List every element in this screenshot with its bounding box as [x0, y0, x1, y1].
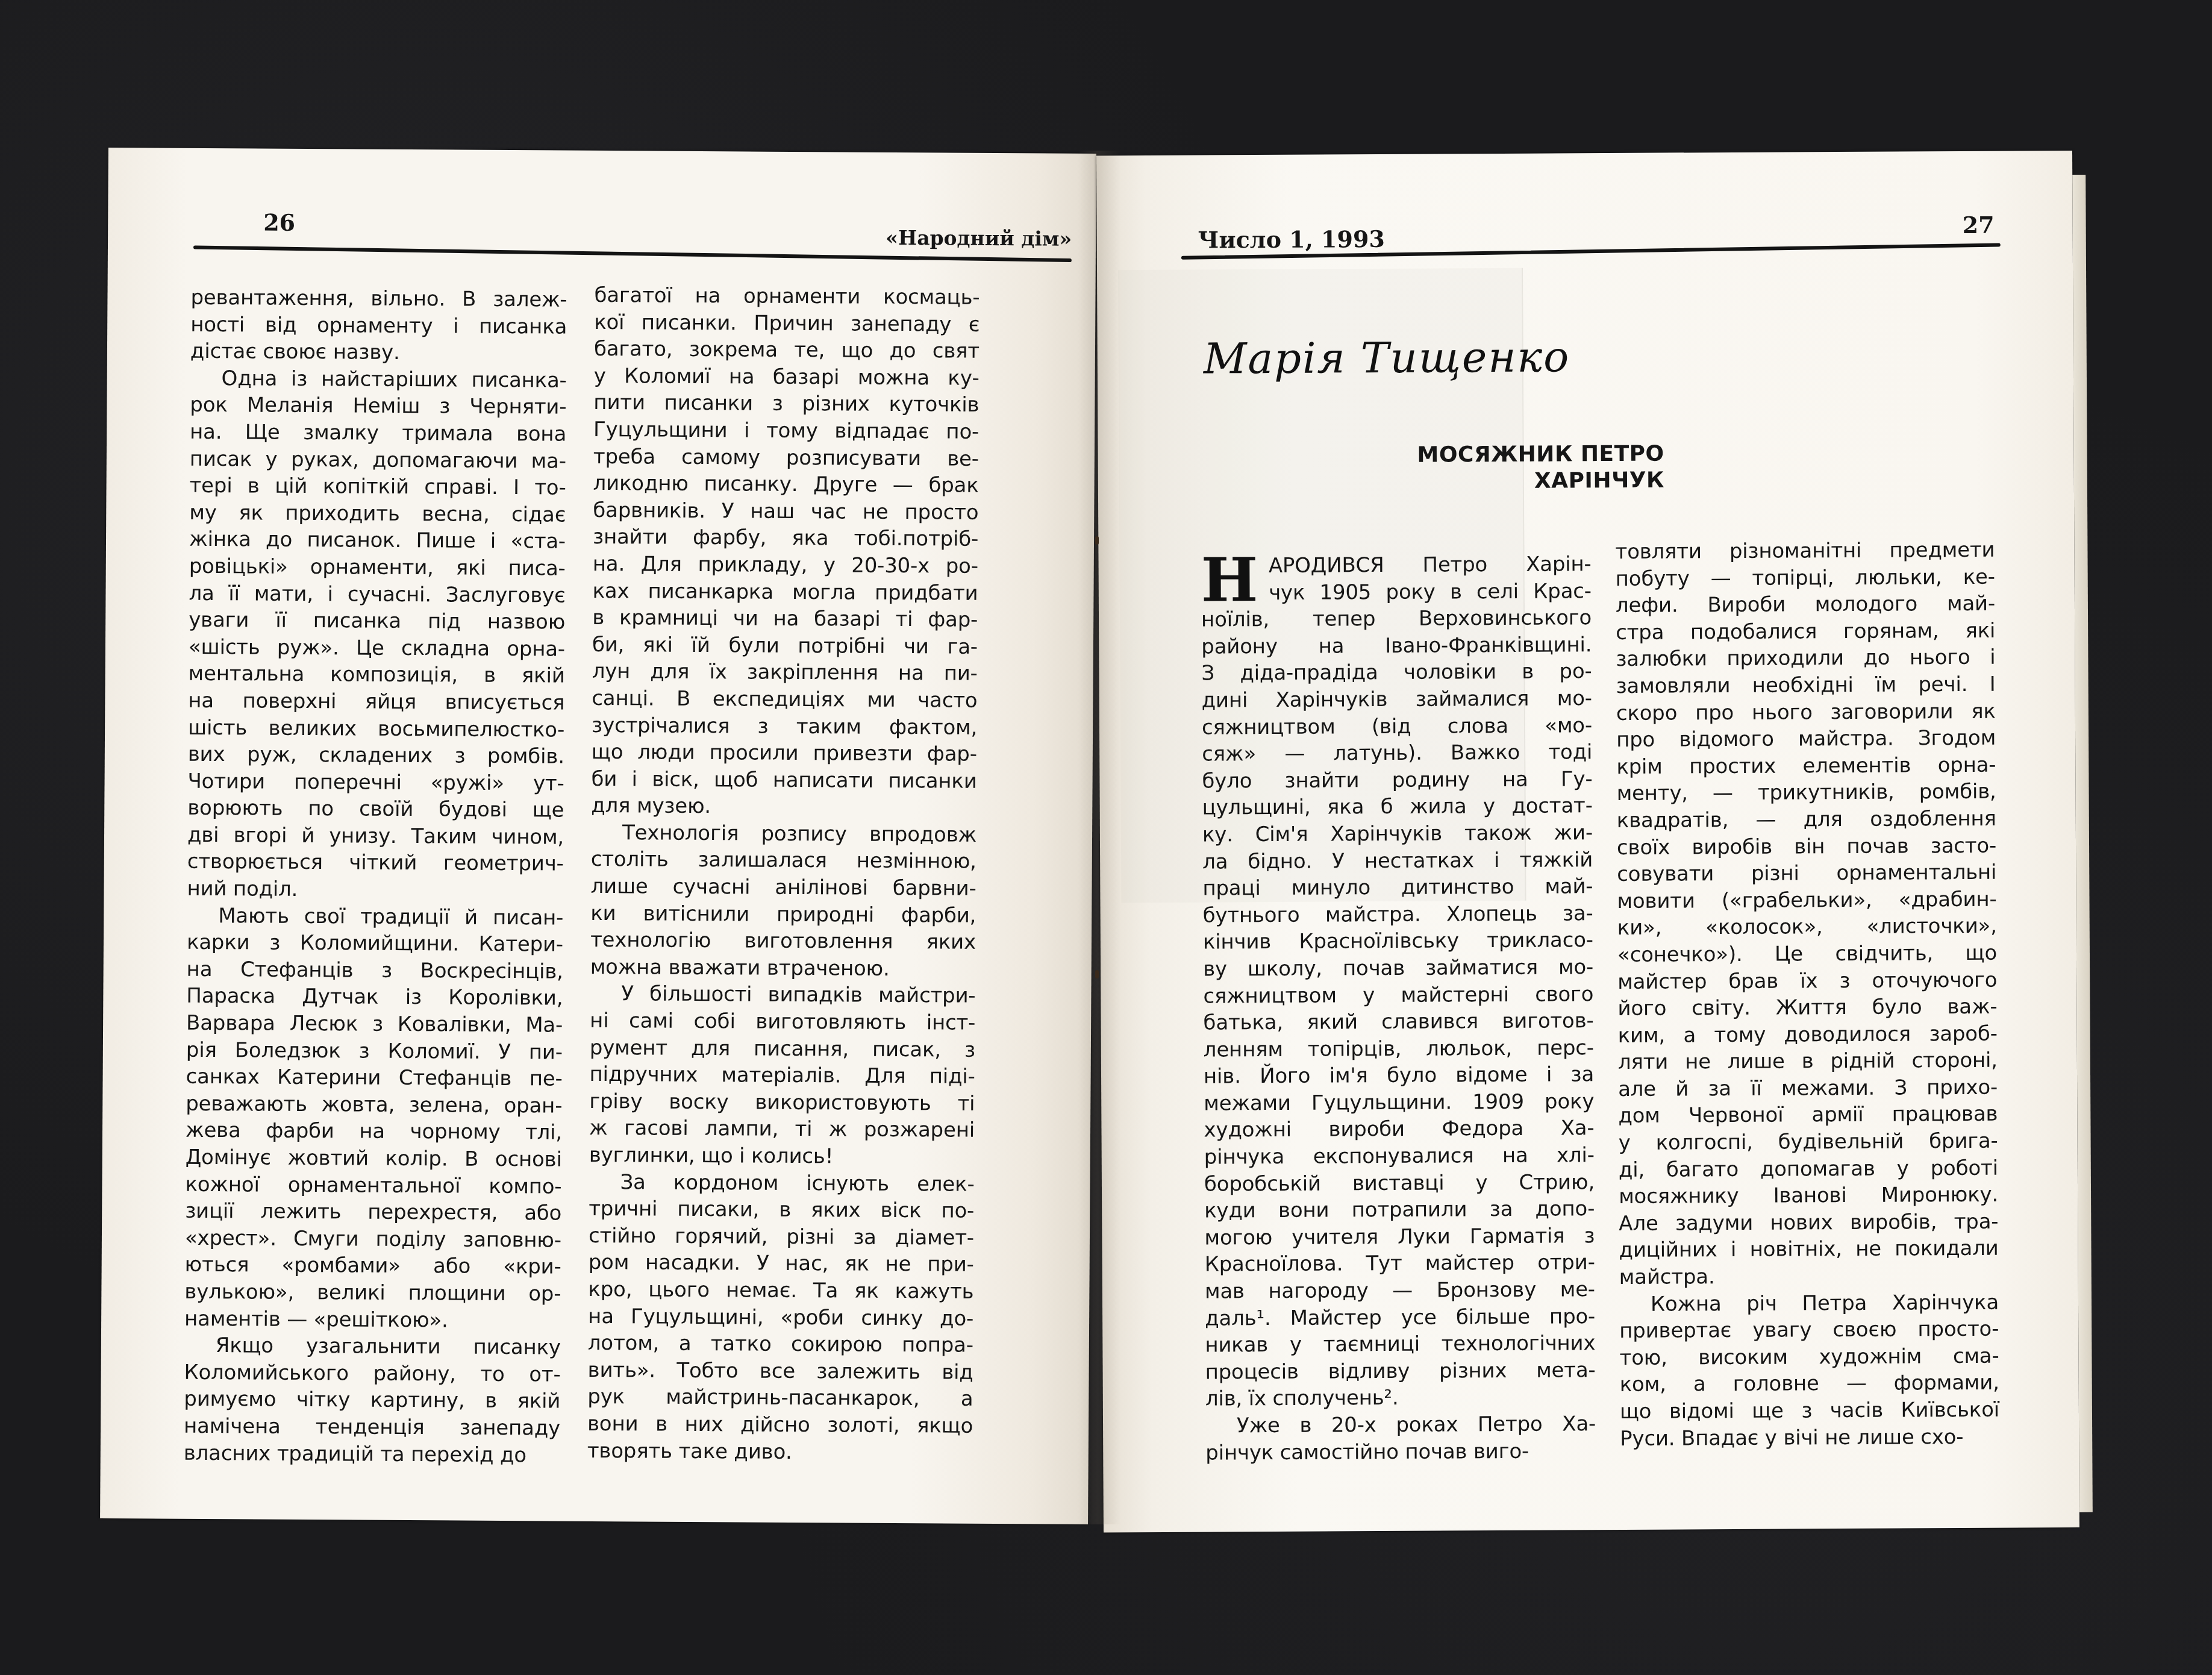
- text-line: вить». Тобто все залежить від: [587, 1357, 973, 1386]
- text-line: привертає увагу своєю просто-: [1619, 1316, 1999, 1345]
- text-line: у Коломиї на базарі можна ку-: [594, 363, 979, 392]
- text-line: ються «ромбами» або «кри-: [185, 1251, 561, 1280]
- text-line: шість великих восьмипелюстко-: [188, 714, 564, 743]
- left-page-column-1: ревантаження, вільно. В залеж-ності від …: [184, 284, 567, 1469]
- text-line: намічена тенденція занепаду: [184, 1413, 560, 1442]
- text-line: скоро про нього заговорили як: [1616, 698, 1996, 727]
- text-line: району на Івано-Франківщині.: [1201, 631, 1592, 660]
- text-line: але й за її межами. З прихо-: [1618, 1074, 1998, 1103]
- article-title-line-1: МОСЯЖНИК ПЕТРО: [1411, 441, 1664, 469]
- journal-name: «Народний дім»: [886, 226, 1072, 251]
- text-line: дині Харінчуків займалися мо-: [1202, 685, 1592, 714]
- text-line: Гуцульщини і тому відпадає по-: [593, 416, 979, 446]
- text-line: АРОДИВСЯ Петро Харін-: [1201, 551, 1591, 580]
- open-magazine-spread: 26 «Народний дім» ревантаження, вільно. …: [0, 0, 2212, 1675]
- text-line: ровіцькі» орнаменти, які писа-: [189, 553, 566, 582]
- text-line: боробській виставці у Стрию,: [1204, 1169, 1595, 1198]
- text-line: на поверхні яйця вписується: [188, 687, 564, 716]
- text-line: Красноїлова. Тут майстер отри-: [1205, 1250, 1595, 1279]
- text-line: товляти різноманітні предмети: [1615, 537, 1995, 566]
- text-line: ким, а тому доводилося зароб-: [1618, 1020, 1998, 1049]
- text-line: нів. Його ім'я було відоме і за: [1204, 1061, 1594, 1090]
- text-line: своїх виробів він почав засто-: [1617, 832, 1996, 861]
- text-line: праці минуло дитинство май-: [1202, 873, 1593, 902]
- author-name: Марія Тищенко: [1204, 332, 1570, 383]
- text-line: для музею.: [591, 792, 976, 822]
- text-line: знайти фарбу, яка тобі.потріб-: [593, 524, 978, 553]
- text-line: ворюють по своїй будові ще: [187, 795, 564, 824]
- text-line: в крамниці чи на базарі ті фар-: [592, 604, 978, 634]
- drop-cap: Н: [1201, 555, 1258, 604]
- text-line: тричні писаки, в яких віск по-: [589, 1195, 974, 1225]
- text-line: у колгоспі, будівельній брига-: [1618, 1128, 1998, 1157]
- text-line: було знайти родину на Гу-: [1202, 766, 1592, 795]
- text-line: лише сучасні анілінові барвни-: [590, 873, 976, 903]
- text-line: вулькою», великі площини ор-: [184, 1279, 561, 1307]
- text-line: Руси. Впадає у вічі не лише схо-: [1620, 1423, 1999, 1452]
- text-line: санці. В експедиціях ми часто: [592, 685, 977, 715]
- text-line: дом Червоної армії працював: [1618, 1101, 1998, 1130]
- text-line: вуглинки, що і колись!: [589, 1142, 975, 1171]
- text-line: ментальна композиція, в якій: [189, 660, 565, 689]
- text-line: ки витіснили природні фарби,: [590, 900, 976, 930]
- text-line: ку. Сім'я Харінчуків також жи-: [1202, 819, 1593, 848]
- text-line: ний поділ.: [187, 875, 563, 904]
- text-line: кро, цього немає. Та як кажуть: [588, 1276, 973, 1306]
- text-line: тою, високим художнім сма-: [1619, 1342, 1999, 1371]
- page-number-left: 26: [263, 209, 295, 236]
- text-line: можна вважати втраченою.: [590, 954, 976, 983]
- text-line: жінка до писанок. Пише і «ста-: [189, 526, 566, 555]
- text-line: тері в цій копіткій справі. І то-: [189, 472, 566, 501]
- text-line: кожної орнаментальної компо-: [185, 1171, 561, 1200]
- text-line: рінчука експонувалися на хлі-: [1204, 1142, 1595, 1171]
- text-line: дві вгорі й унизу. Таким чином,: [187, 822, 564, 851]
- text-line: власних традицій та перехід до: [184, 1439, 560, 1468]
- right-page-column-1: Н АРОДИВСЯ Петро Харін- чук 1905 року в …: [1201, 551, 1596, 1467]
- staple-mark: [1095, 536, 1099, 545]
- text-line: квадратів, — для оздоблення: [1617, 806, 1996, 834]
- text-line: майстра.: [1619, 1262, 1999, 1291]
- text-line: на Гуцульщині, «роби синку до-: [588, 1303, 973, 1332]
- text-line: на. Для прикладу, у 20-30-х ро-: [593, 551, 978, 580]
- text-line: Кожна річ Петра Харінчука: [1619, 1289, 1999, 1318]
- text-line: процесів відливу різних мета-: [1205, 1357, 1595, 1386]
- staple-mark: [1095, 970, 1099, 978]
- text-line: ревантаження, вільно. В залеж-: [190, 284, 567, 313]
- article-title: МОСЯЖНИК ПЕТРО ХАРІНЧУК: [1411, 441, 1664, 495]
- text-line: межами Гуцульщини. 1909 року: [1204, 1088, 1594, 1117]
- text-line: мовити («грабельки», «драбин-: [1617, 886, 1996, 915]
- text-line: лефи. Вироби молодого май-: [1616, 590, 1995, 619]
- text-line: кої писанки. Причин занепаду є: [594, 309, 979, 339]
- text-line: батька, який славився виготов-: [1203, 1007, 1593, 1036]
- right-page-column-2: товляти різноманітні предметипобуту — то…: [1615, 537, 1999, 1452]
- text-line: менту, — трикутників, ромбів,: [1616, 778, 1996, 807]
- text-line: Домінує жовтий колір. В основі: [186, 1144, 562, 1173]
- text-line: Параска Дутчак із Королівки,: [186, 983, 563, 1012]
- text-line: даль¹. Майстер усе більше про-: [1205, 1303, 1595, 1332]
- text-line: ву школу, почав займатися мо-: [1203, 954, 1593, 983]
- text-line: цульщині, яка б жила у достат-: [1202, 793, 1593, 822]
- text-line: Якщо узагальнити писанку: [184, 1332, 561, 1361]
- text-line: замовляли необхідні їм речі. І: [1616, 671, 1996, 700]
- text-line: ла бідно. У нестатках і тяжкій: [1202, 847, 1593, 875]
- text-line: треба самому розписувати ве-: [593, 443, 979, 472]
- text-line: ках писанкарка могла придбати: [592, 577, 978, 607]
- text-line: багато, зокрема те, що до свят: [594, 336, 979, 365]
- text-line: ж гасові лампи, ті ж розжарені: [589, 1115, 975, 1144]
- text-line: століть залишалася незмінною,: [591, 846, 976, 875]
- text-line: художні вироби Федора Ха-: [1204, 1115, 1594, 1144]
- text-line: ликодню писанку. Друге — брак: [593, 470, 978, 499]
- text-line: крім простих елементів орна-: [1616, 751, 1996, 780]
- issue-label: Число 1, 1993: [1198, 225, 1385, 254]
- text-line: гріву воску використовують ті: [589, 1088, 975, 1118]
- text-line: Уже в 20-х роках Петро Ха-: [1205, 1410, 1596, 1439]
- text-line: що люди просили привезти фар-: [592, 739, 977, 768]
- left-page-column-2: багатої на орнаменти космаць-кої писанки…: [587, 282, 980, 1467]
- text-line: ноїлів, тепер Верховинського: [1201, 604, 1592, 633]
- text-line: ленням топірців, люльок, перс-: [1204, 1035, 1594, 1063]
- text-line: рок Меланія Неміш з Черняти-: [190, 392, 566, 421]
- text-line: на. Ще змалку тримала вона: [190, 419, 566, 448]
- text-line: підручних матеріалів. Для піді-: [589, 1061, 975, 1091]
- text-line: створюється чіткий геометрич-: [187, 848, 564, 877]
- text-line: ності від орнаменту і писанка: [190, 311, 567, 340]
- text-line: никав у таємниці технологічних: [1205, 1330, 1595, 1359]
- text-line: вони в них дійсно золоті, якщо: [587, 1410, 973, 1440]
- text-line: куди вони потрапили за допо-: [1204, 1195, 1595, 1224]
- text-line: бутнього майстра. Хлопець за-: [1203, 900, 1593, 929]
- text-line: залюбки приходили до нього і: [1616, 644, 1995, 673]
- text-line: Варвара Лесюк з Ковалівки, Ма-: [186, 1010, 563, 1039]
- text-line: Чотири поперечні «ружі» ут-: [187, 768, 564, 797]
- text-line: барвників. У наш час не просто: [593, 497, 978, 527]
- text-line: ром насадки. У нас, як не при-: [589, 1249, 974, 1279]
- text-line: зустрічалися з таким фактом,: [592, 712, 977, 741]
- text-line: рук майстринь-пасанкарок, а: [587, 1383, 973, 1413]
- text-line: Технологія розпису впродовж: [591, 819, 976, 849]
- text-line: творять таке диво.: [587, 1437, 973, 1467]
- text-line: Одна із найстаріших писанка-: [190, 365, 567, 394]
- text-line: ком, а головне — формами,: [1620, 1370, 1999, 1398]
- text-line: румент для писання, писак, з: [590, 1035, 975, 1064]
- text-line: уваги її писанка під назвою: [189, 607, 565, 636]
- text-line: У більшості випадків майстри-: [590, 980, 975, 1010]
- text-line: Мають свої традиції й писан-: [187, 902, 563, 931]
- article-title-line-2: ХАРІНЧУК: [1411, 468, 1664, 495]
- text-line: ки», «колосок», «листочки»,: [1617, 913, 1997, 942]
- text-line: сяж» — латунь). Важко тоді: [1202, 739, 1592, 768]
- text-line: чук 1905 року в селі Крас-: [1201, 578, 1592, 607]
- text-line: «шість руж». Це складна орна-: [189, 634, 565, 663]
- text-line: би, які їй були потрібні чи га-: [592, 631, 978, 661]
- text-line: сяжництвом у майстерні свого: [1203, 981, 1593, 1010]
- text-line: мав нагороду — Бронзову ме-: [1205, 1276, 1595, 1305]
- text-line: багатої на орнаменти космаць-: [594, 282, 979, 312]
- text-line: жева фарби на чорному тлі,: [186, 1117, 562, 1146]
- text-line: стійно горячий, різні за діамет-: [589, 1223, 974, 1252]
- text-line: його світу. Життя було важ-: [1617, 994, 1997, 1022]
- text-line: За кордоном існують елек-: [589, 1168, 974, 1198]
- text-line: побуту — топірці, люльки, ке-: [1616, 563, 1995, 592]
- left-page: 26 «Народний дім» ревантаження, вільно. …: [100, 148, 1096, 1524]
- text-line: карки з Коломийщини. Катери-: [187, 929, 563, 958]
- text-line: що відомі ще з часів Київської: [1620, 1397, 1999, 1426]
- text-line: Але задуми нових виробів, тра-: [1619, 1209, 1998, 1238]
- text-line: могою учителя Луки Гарматія з: [1204, 1223, 1595, 1251]
- text-line: на Стефанців з Воскресінців,: [187, 956, 563, 985]
- text-line: диційних і новітніх, не покидали: [1619, 1235, 1998, 1264]
- text-line: ла її мати, і сучасні. Заслуговує: [189, 580, 565, 609]
- text-line: лотом, а татко сокирою попра-: [588, 1330, 973, 1359]
- text-line: реважають жовта, зелена, оран-: [186, 1091, 562, 1119]
- text-line: дістає своює назву.: [190, 338, 567, 367]
- text-line: наментів — «решіткою».: [184, 1305, 561, 1334]
- text-line: Коломийського району, то от-: [184, 1359, 560, 1388]
- text-line: технологію виготовлення яких: [590, 927, 976, 956]
- text-line: З діда-прадіда чоловіки в ро-: [1201, 659, 1592, 687]
- text-line: зиції лежить перехрестя, або: [185, 1198, 561, 1227]
- text-line: ні самі собі виготовляють інст-: [590, 1007, 975, 1037]
- text-line: писак у руках, допомагаючи ма-: [190, 445, 566, 474]
- text-line: «хрест». Смуги поділу заповню-: [185, 1225, 561, 1254]
- text-line: рінчук самостійно почав виго-: [1205, 1438, 1596, 1467]
- text-line: кінчив Красноїлівську трикласо-: [1203, 927, 1593, 956]
- text-line: ляти не лише в рідній стороні,: [1618, 1047, 1998, 1076]
- text-line: вих руж, складених з ромбів.: [188, 741, 564, 770]
- text-line: сяжництвом (від слова «мо-: [1202, 712, 1592, 741]
- text-line: мосяжнику Іванові Миронюку.: [1619, 1182, 1998, 1210]
- text-line: би і віск, щоб написати писанки: [591, 766, 976, 795]
- text-line: му як приходить весна, сідає: [189, 499, 566, 528]
- text-line: про відомого майстра. Згодом: [1616, 725, 1996, 754]
- page-number-right: 27: [1963, 211, 1995, 239]
- text-line: пити писанки з різних куточків: [593, 389, 979, 419]
- text-line: рія Боледзюк з Коломиї. У пи-: [186, 1036, 563, 1065]
- text-line: лів, їх сполучень².: [1205, 1384, 1596, 1413]
- text-line: лун для їх закріплення на пи-: [592, 658, 978, 687]
- text-line: «сонечко»). Це свідчить, що: [1617, 940, 1997, 969]
- text-line: совувати різні орнаментальні: [1617, 859, 1996, 888]
- text-line: майстер брав їх з оточуючого: [1617, 966, 1997, 995]
- text-line: санках Катерини Стефанців пе-: [186, 1063, 562, 1092]
- text-line: римуємо чітку картину, в якій: [184, 1386, 560, 1415]
- text-line: ді, багато допомагав у роботі: [1619, 1154, 1998, 1183]
- text-line: стра подобалися горянам, які: [1616, 617, 1995, 646]
- right-page: Число 1, 1993 27 Марія Тищенко МОСЯЖНИК …: [1096, 151, 2079, 1532]
